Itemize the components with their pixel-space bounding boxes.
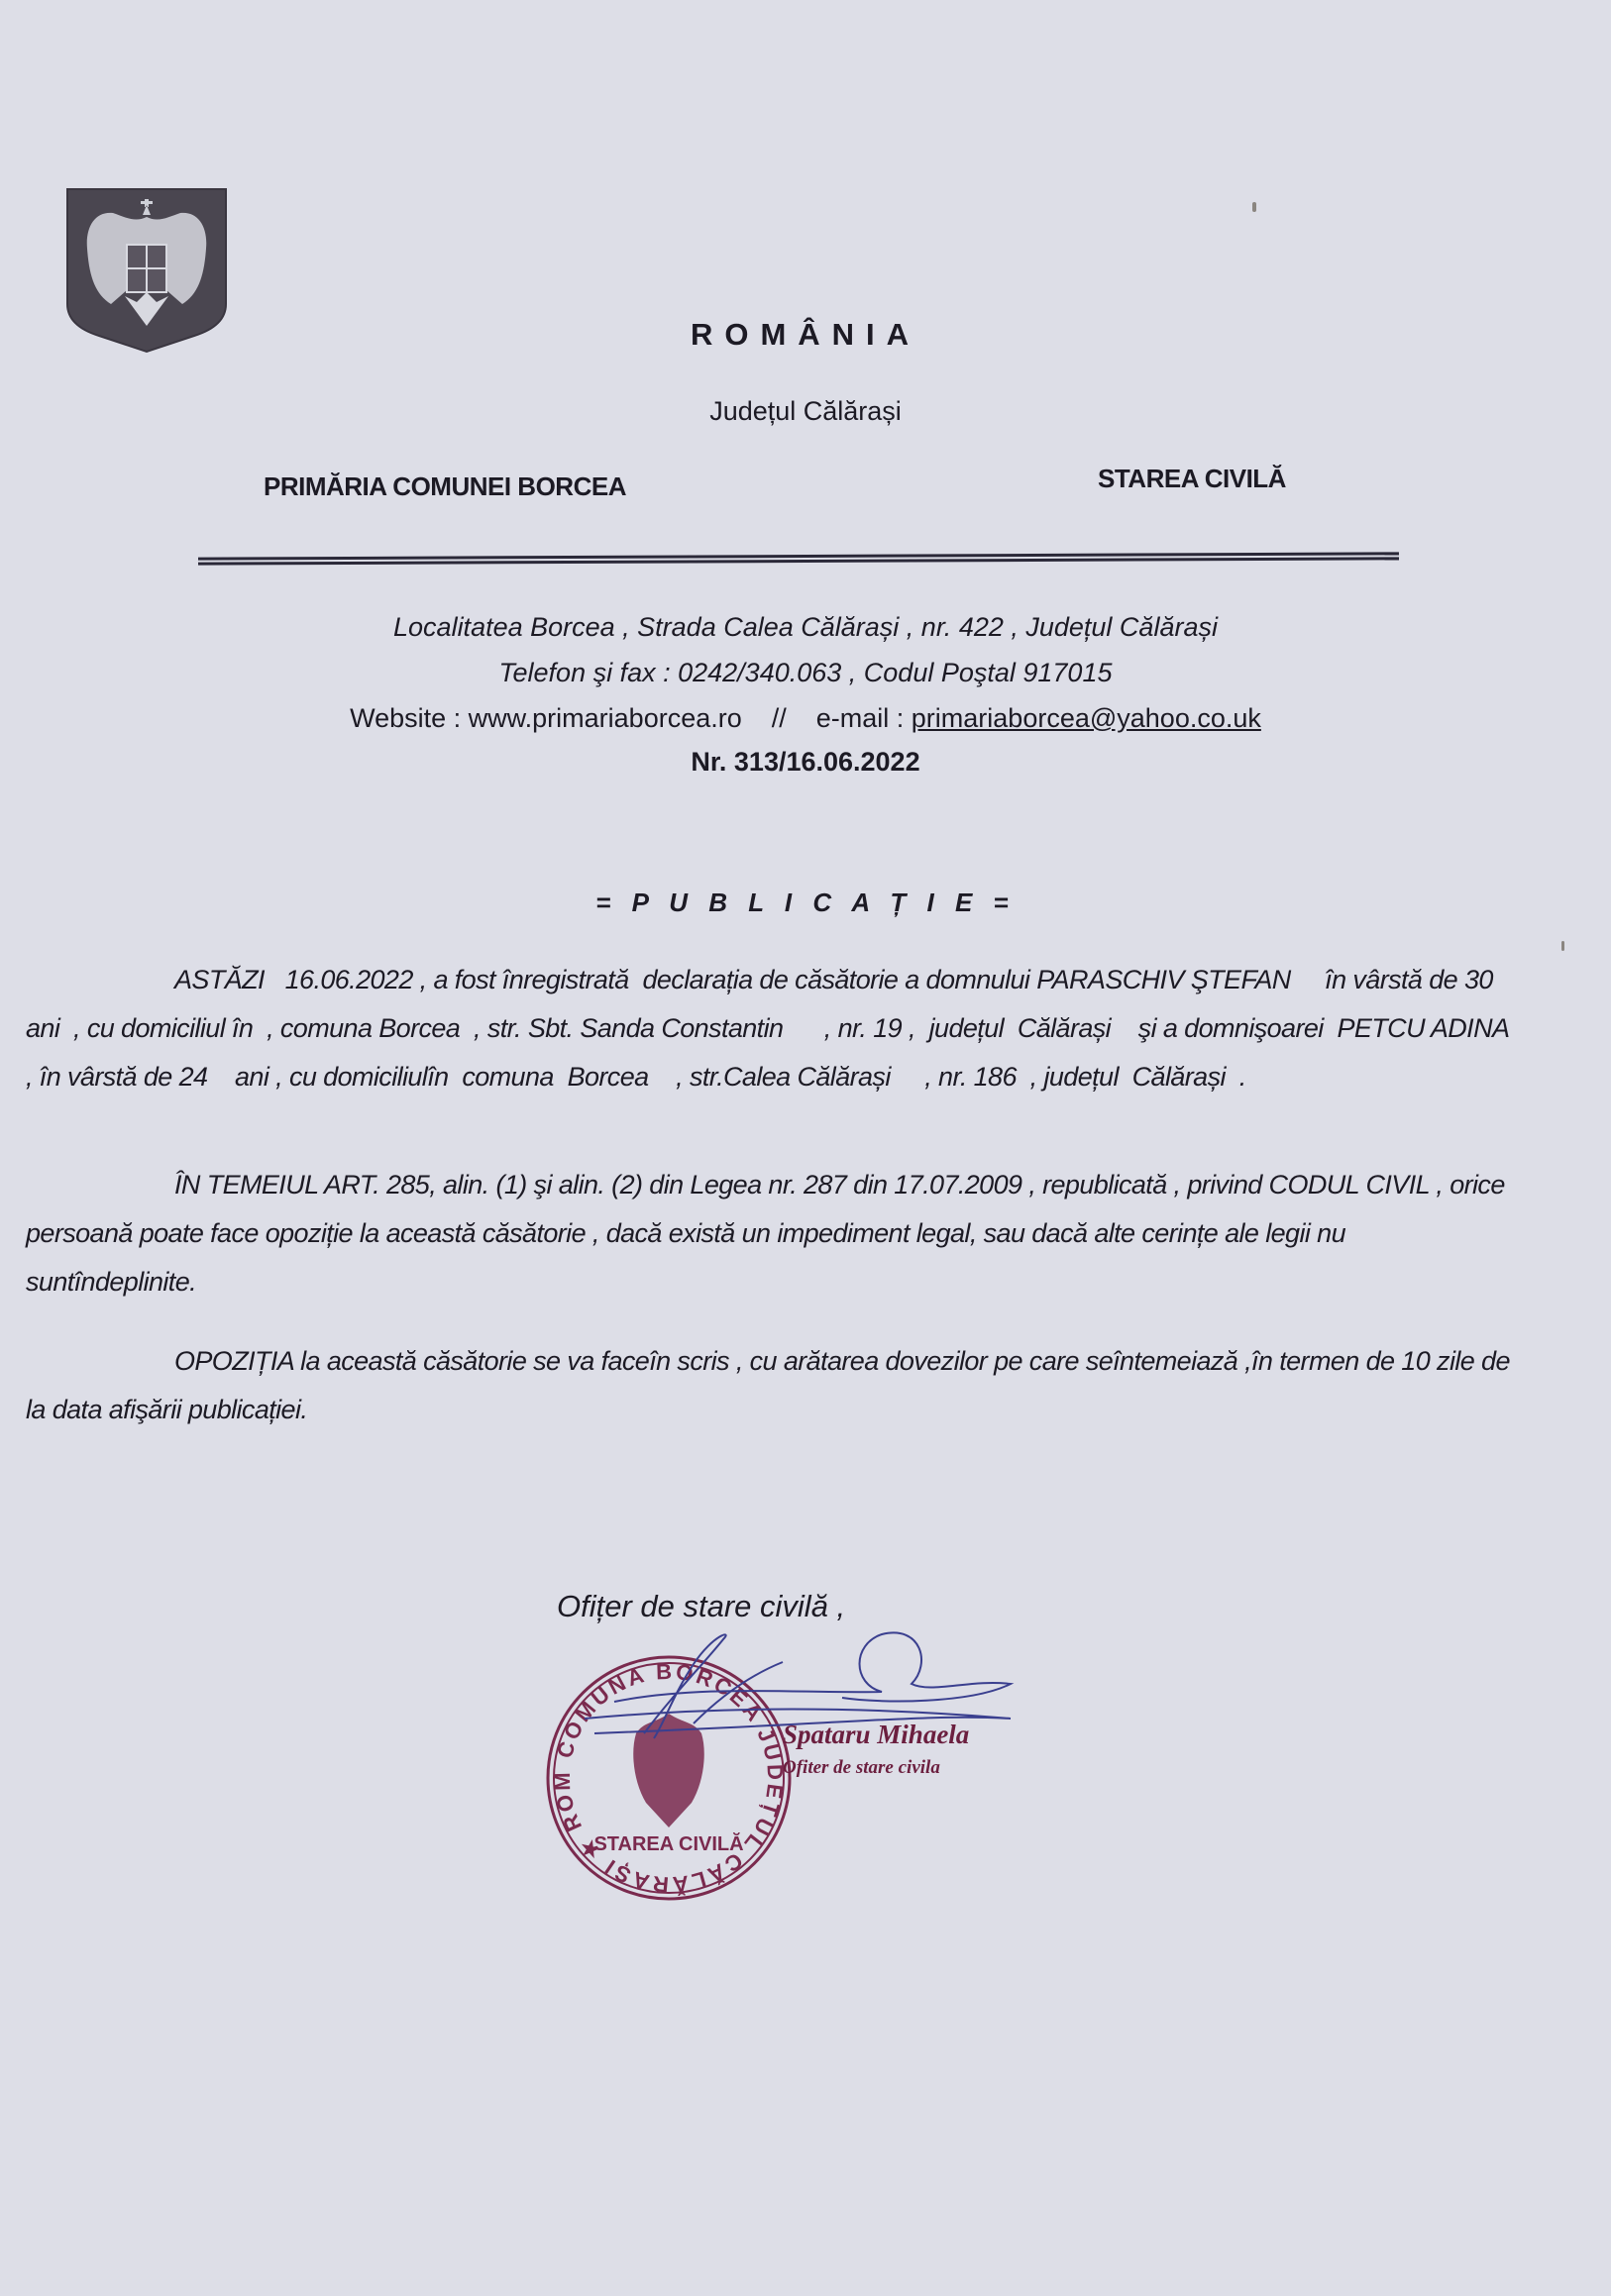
address-line: Localitatea Borcea , Strada Calea Călăra… (0, 612, 1611, 643)
county-label: Județul Călărași (0, 396, 1611, 427)
website-email-line: Website : www.primariaborcea.ro // e-mai… (0, 703, 1611, 734)
signatory-role: Ofiter de stare civila (783, 1757, 940, 1779)
paper-speck (1252, 202, 1256, 212)
document-title: = P U B L I C A Ț I E = (0, 887, 1611, 918)
paragraph-opposition: OPOZIȚIA la această căsătorie se va face… (26, 1337, 1512, 1434)
country-heading: ROMÂNIA (0, 317, 1611, 353)
signatory-name: Spataru Mihaela (783, 1720, 969, 1750)
website-label: Website : www.primariaborcea.ro // e-mai… (350, 703, 912, 733)
handwritten-signature-icon (555, 1624, 1020, 1773)
institution-name: PRIMĂRIA COMUNEI BORCEA (264, 471, 626, 502)
officer-label: Ofițer de stare civilă , (557, 1589, 845, 1624)
department-name: STAREA CIVILĂ (1098, 464, 1286, 494)
svg-text:STAREA CIVILĂ: STAREA CIVILĂ (593, 1832, 743, 1855)
phone-line: Telefon şi fax : 0242/340.063 , Codul Po… (0, 658, 1611, 688)
paragraph-declaration: ASTĂZI 16.06.2022 , a fost înregistrată … (26, 956, 1512, 1101)
registration-number: Nr. 313/16.06.2022 (0, 747, 1611, 778)
header-divider (198, 552, 1399, 565)
paper-speck (1561, 941, 1564, 951)
email-link[interactable]: primariaborcea@yahoo.co.uk (912, 703, 1261, 733)
paragraph-legal-basis: ÎN TEMEIUL ART. 285, alin. (1) şi alin. … (26, 1161, 1512, 1306)
